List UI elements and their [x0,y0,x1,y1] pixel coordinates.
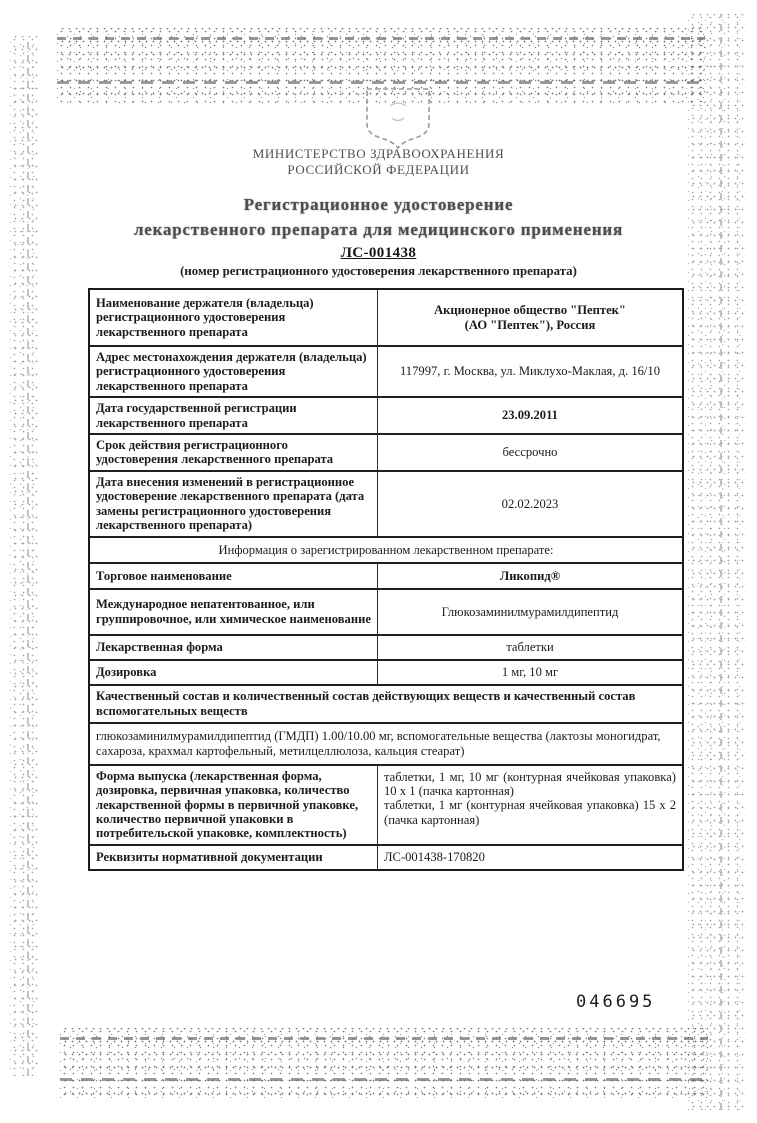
row-label: Торговое наименование [90,564,378,588]
document-title-line1: Регистрационное удостоверение [0,193,757,218]
row-label: Международное непатентованное, или групп… [90,590,378,634]
registration-number-caption: (номер регистрационного удостоверения ле… [0,264,757,279]
row-value: 02.02.2023 [378,472,682,536]
table-row-composition-header: Качественный состав и количественный сос… [90,686,682,724]
coat-of-arms-icon [352,84,444,154]
row-label: Дата государственной регистрации лекарст… [90,398,378,433]
table-row-validity-term: Срок действия регистрационного удостовер… [90,435,682,472]
table-row-composition-detail: глюкозаминилмурамилдипептид (ГМДП) 1.00/… [90,724,682,766]
table-row-dosage: Дозировка 1 мг, 10 мг [90,661,682,686]
certificate-table: Наименование держателя (владельца) регис… [88,288,684,871]
document-title-line2: лекарственного препарата для медицинског… [0,218,757,243]
ministry-header: МИНИСТЕРСТВО ЗДРАВООХРАНЕНИЯ РОССИЙСКОЙ … [0,146,757,179]
row-label: Дозировка [90,661,378,684]
row-label: Дата внесения изменений в регистрационно… [90,472,378,536]
registration-number: ЛС-001438 [0,245,757,262]
row-value: таблетки [378,636,682,659]
table-row-inn-name: Международное непатентованное, или групп… [90,590,682,636]
row-label: Срок действия регистрационного удостовер… [90,435,378,470]
row-value: Акционерное общество "Пептек" (АО "Пепте… [378,290,682,345]
form-serial-number: 046695 [576,992,655,1012]
row-value: таблетки, 1 мг, 10 мг (контурная ячейков… [378,766,682,844]
row-label: Реквизиты нормативной документации [90,846,378,869]
table-row-info-section-header: Информация о зарегистрированном лекарств… [90,538,682,564]
row-value: ЛС-001438-170820 [378,846,682,869]
table-row-holder-address: Адрес местонахождения держателя (владель… [90,347,682,398]
ministry-line2: РОССИЙСКОЙ ФЕДЕРАЦИИ [0,162,757,178]
composition-text: глюкозаминилмурамилдипептид (ГМДП) 1.00/… [90,724,682,764]
table-row-registration-date: Дата государственной регистрации лекарст… [90,398,682,435]
row-label: Форма выпуска (лекарственная форма, дози… [90,766,378,844]
table-row-holder-name: Наименование держателя (владельца) регис… [90,290,682,347]
row-value: бессрочно [378,435,682,470]
row-label: Наименование держателя (владельца) регис… [90,290,378,345]
row-value: 1 мг, 10 мг [378,661,682,684]
decorative-border-left [10,36,40,1076]
decorative-border-bottom [60,1028,708,1100]
row-value: Глюкозаминилмурамилдипептид [378,590,682,634]
row-value: 117997, г. Москва, ул. Миклухо-Маклая, д… [378,347,682,396]
row-label: Адрес местонахождения держателя (владель… [90,347,378,396]
document-title: Регистрационное удостоверение лекарствен… [0,193,757,242]
ministry-line1: МИНИСТЕРСТВО ЗДРАВООХРАНЕНИЯ [0,146,757,162]
row-label: Лекарственная форма [90,636,378,659]
table-row-normative-docs: Реквизиты нормативной документации ЛС-00… [90,846,682,869]
certificate-page: МИНИСТЕРСТВО ЗДРАВООХРАНЕНИЯ РОССИЙСКОЙ … [0,0,757,1123]
table-row-release-form: Форма выпуска (лекарственная форма, дози… [90,766,682,846]
table-row-trade-name: Торговое наименование Ликопид® [90,564,682,590]
table-row-amendment-date: Дата внесения изменений в регистрационно… [90,472,682,538]
row-value: Ликопид® [378,564,682,588]
section-header-text: Информация о зарегистрированном лекарств… [90,538,682,562]
row-value: 23.09.2011 [378,398,682,433]
table-row-dosage-form: Лекарственная форма таблетки [90,636,682,661]
section-header-text: Качественный состав и количественный сос… [90,686,682,722]
